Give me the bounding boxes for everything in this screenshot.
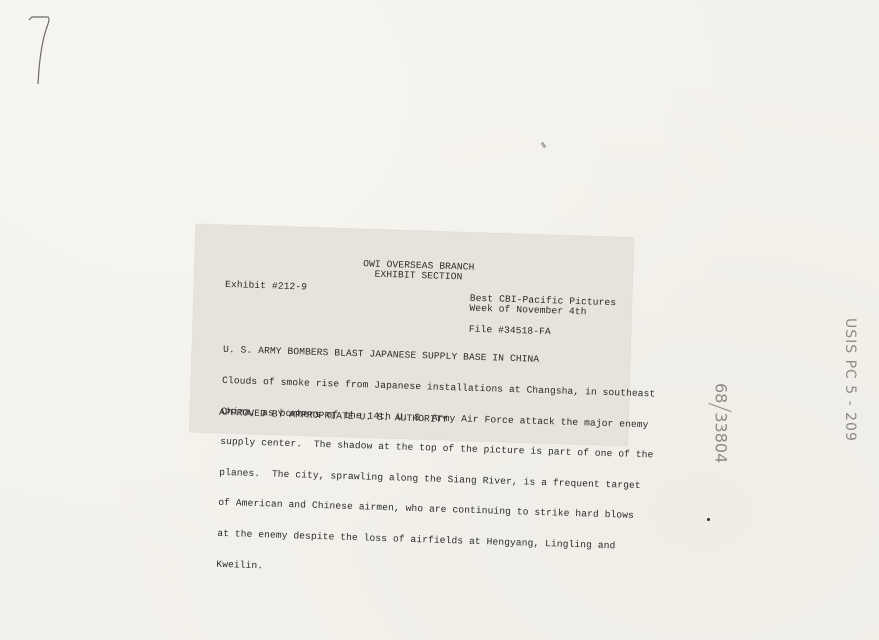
body-line: Clouds of smoke rise from Japanese insta… <box>222 376 627 399</box>
paper-speck <box>541 142 547 149</box>
best-pictures-note: Best CBI-Pacific Pictures Week of Novemb… <box>469 294 616 319</box>
body-line: Kweilin. <box>216 559 621 582</box>
pencil-note-bottom: 33804 <box>712 412 731 463</box>
ink-dot <box>707 518 710 521</box>
caption-body: U. S. ARMY BOMBERS BLAST JAPANESE SUPPLY… <box>216 325 629 603</box>
exhibit-number: Exhibit #212-9 <box>225 280 307 293</box>
pencil-note-top: 68 <box>712 383 731 403</box>
caption-label: OWI OVERSEAS BRANCH EXHIBIT SECTION Exhi… <box>189 224 633 446</box>
headline: U. S. ARMY BOMBERS BLAST JAPANESE SUPPLY… <box>223 345 628 368</box>
body-line: at the enemy despite the loss of airfiel… <box>217 529 622 552</box>
pencil-note-catalog: 6833804 <box>708 383 732 463</box>
body-line: of American and Chinese airmen, who are … <box>218 498 623 521</box>
pencil-note-usis: USIS PC 5 - 209 <box>842 318 858 442</box>
handwritten-number-7 <box>26 14 56 86</box>
mount-page: OWI OVERSEAS BRANCH EXHIBIT SECTION Exhi… <box>0 0 879 640</box>
body-line: supply center. The shadow at the top of … <box>220 437 625 460</box>
body-line: planes. The city, sprawling along the Si… <box>219 468 624 491</box>
